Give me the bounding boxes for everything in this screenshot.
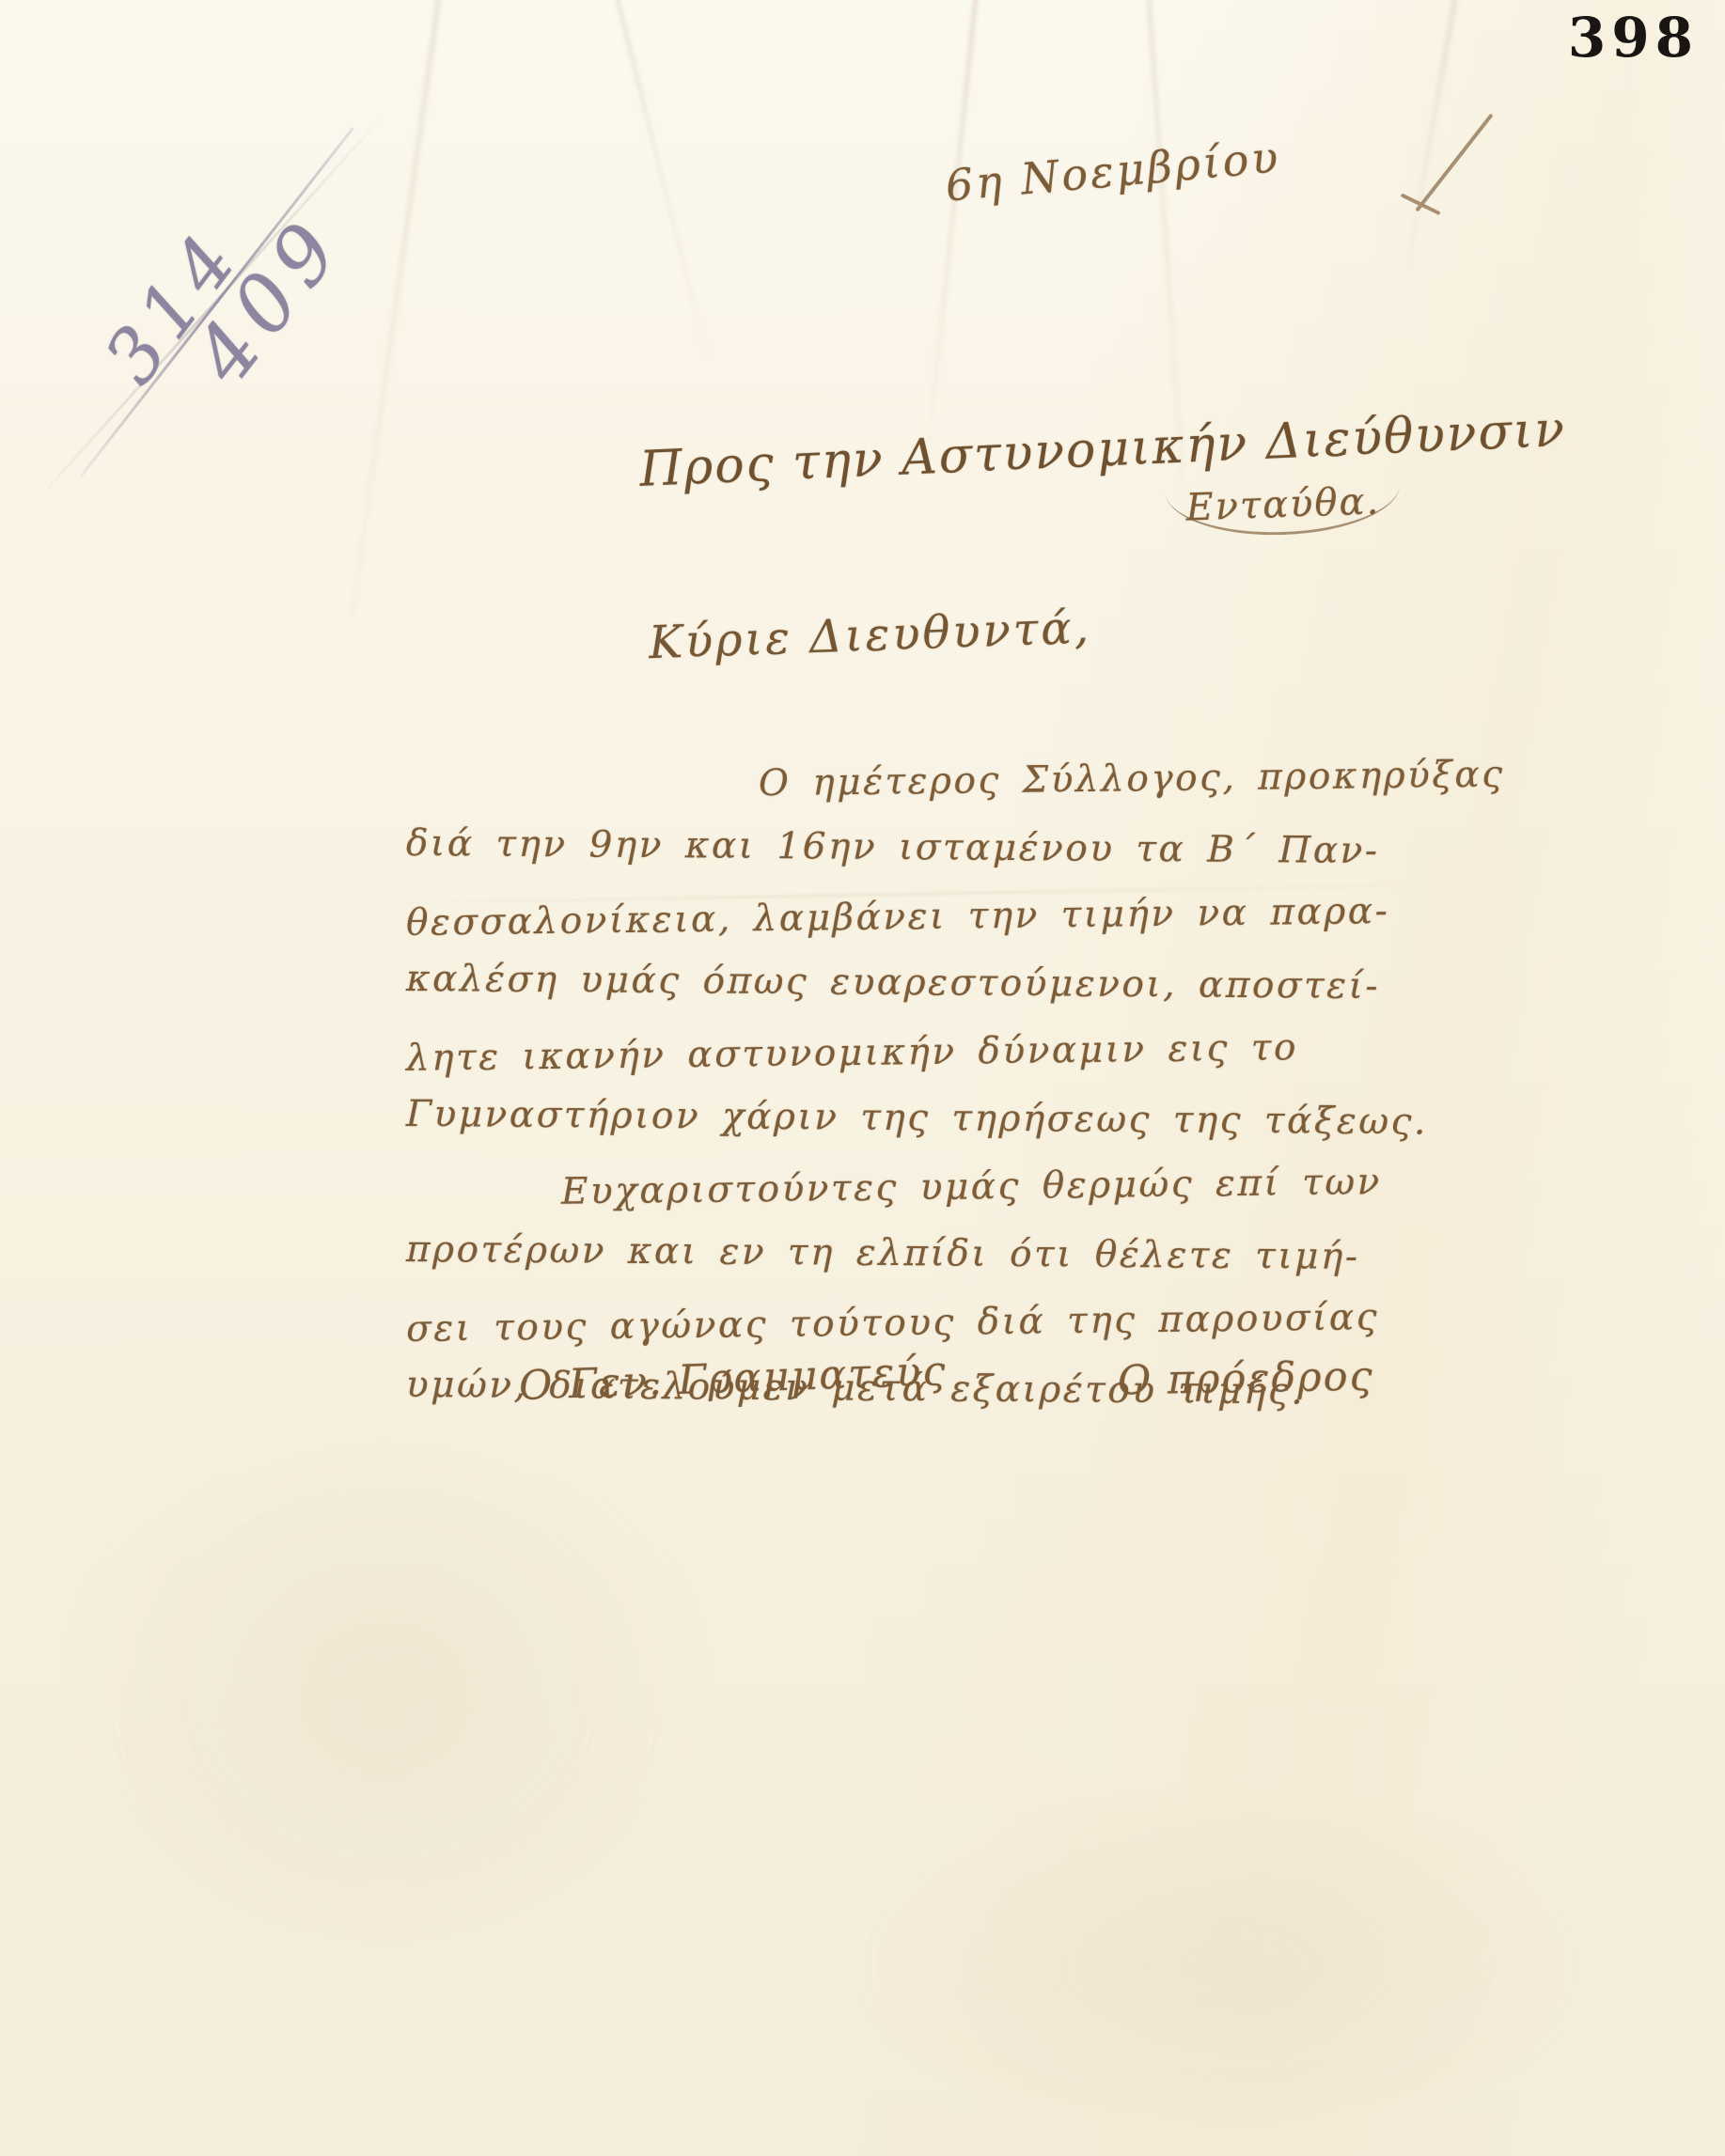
paper-stain bbox=[846, 1786, 1598, 2143]
signature-president: Ο πρόεδρος bbox=[1118, 1353, 1374, 1405]
paper-stain bbox=[56, 1410, 714, 1974]
signature-secretary: Ο Γεν. Γραμματεύς bbox=[518, 1348, 948, 1410]
salutation: Κύριε Διευθυντά, bbox=[648, 601, 1092, 669]
letter-line: λητε ικανήν αστυνομικήν δύναμιν εις το bbox=[406, 1010, 1610, 1093]
recipient-block: Προς την Αστυνομικήν Διεύθυνσιν Ενταύθα. bbox=[639, 425, 1410, 535]
letter-date: 6η Νοεμβρίου bbox=[944, 117, 1435, 211]
letter-line: διά την 9ην και 16ην ισταμένου τα Β΄ Παν… bbox=[406, 810, 1610, 887]
letter-line: προτέρων και εν τη ελπίδι ότι θέλετε τιμ… bbox=[406, 1216, 1610, 1293]
letter-line: θεσσαλονίκεια, λαμβάνει την τιμήν να παρ… bbox=[406, 875, 1610, 958]
recipient-place: Ενταύθα. bbox=[1165, 479, 1402, 539]
archival-fraction: 314 409 bbox=[19, 86, 423, 524]
letter-body: Ο ημέτερος Σύλλογος, προκηρύξας διά την … bbox=[406, 747, 1609, 1424]
letter-line: Ο ημέτερος Σύλλογος, προκηρύξας bbox=[406, 740, 1610, 822]
letter-line: καλέση υμάς όπως ευαρεστούμενοι, αποστεί… bbox=[406, 945, 1610, 1023]
folio-number: 398 bbox=[1568, 6, 1699, 70]
letter-line: Γυμναστήριον χάριν της τηρήσεως της τάξε… bbox=[406, 1081, 1610, 1158]
scanned-letter-page: 398 314 409 6η Νοεμβρίου Προς την Αστυνο… bbox=[0, 0, 1725, 2156]
paper-crease bbox=[924, 0, 980, 469]
paper-crease bbox=[610, 0, 709, 361]
signature-row: Ο Γεν. Γραμματεύς Ο πρόεδρος bbox=[406, 1355, 1609, 1402]
letter-line: σει τους αγώνας τούτους διά της παρουσία… bbox=[406, 1281, 1610, 1364]
archival-number: 314 409 bbox=[0, 21, 506, 590]
letter-line: Ευχαριστούντες υμάς θερμώς επί των bbox=[406, 1146, 1610, 1228]
